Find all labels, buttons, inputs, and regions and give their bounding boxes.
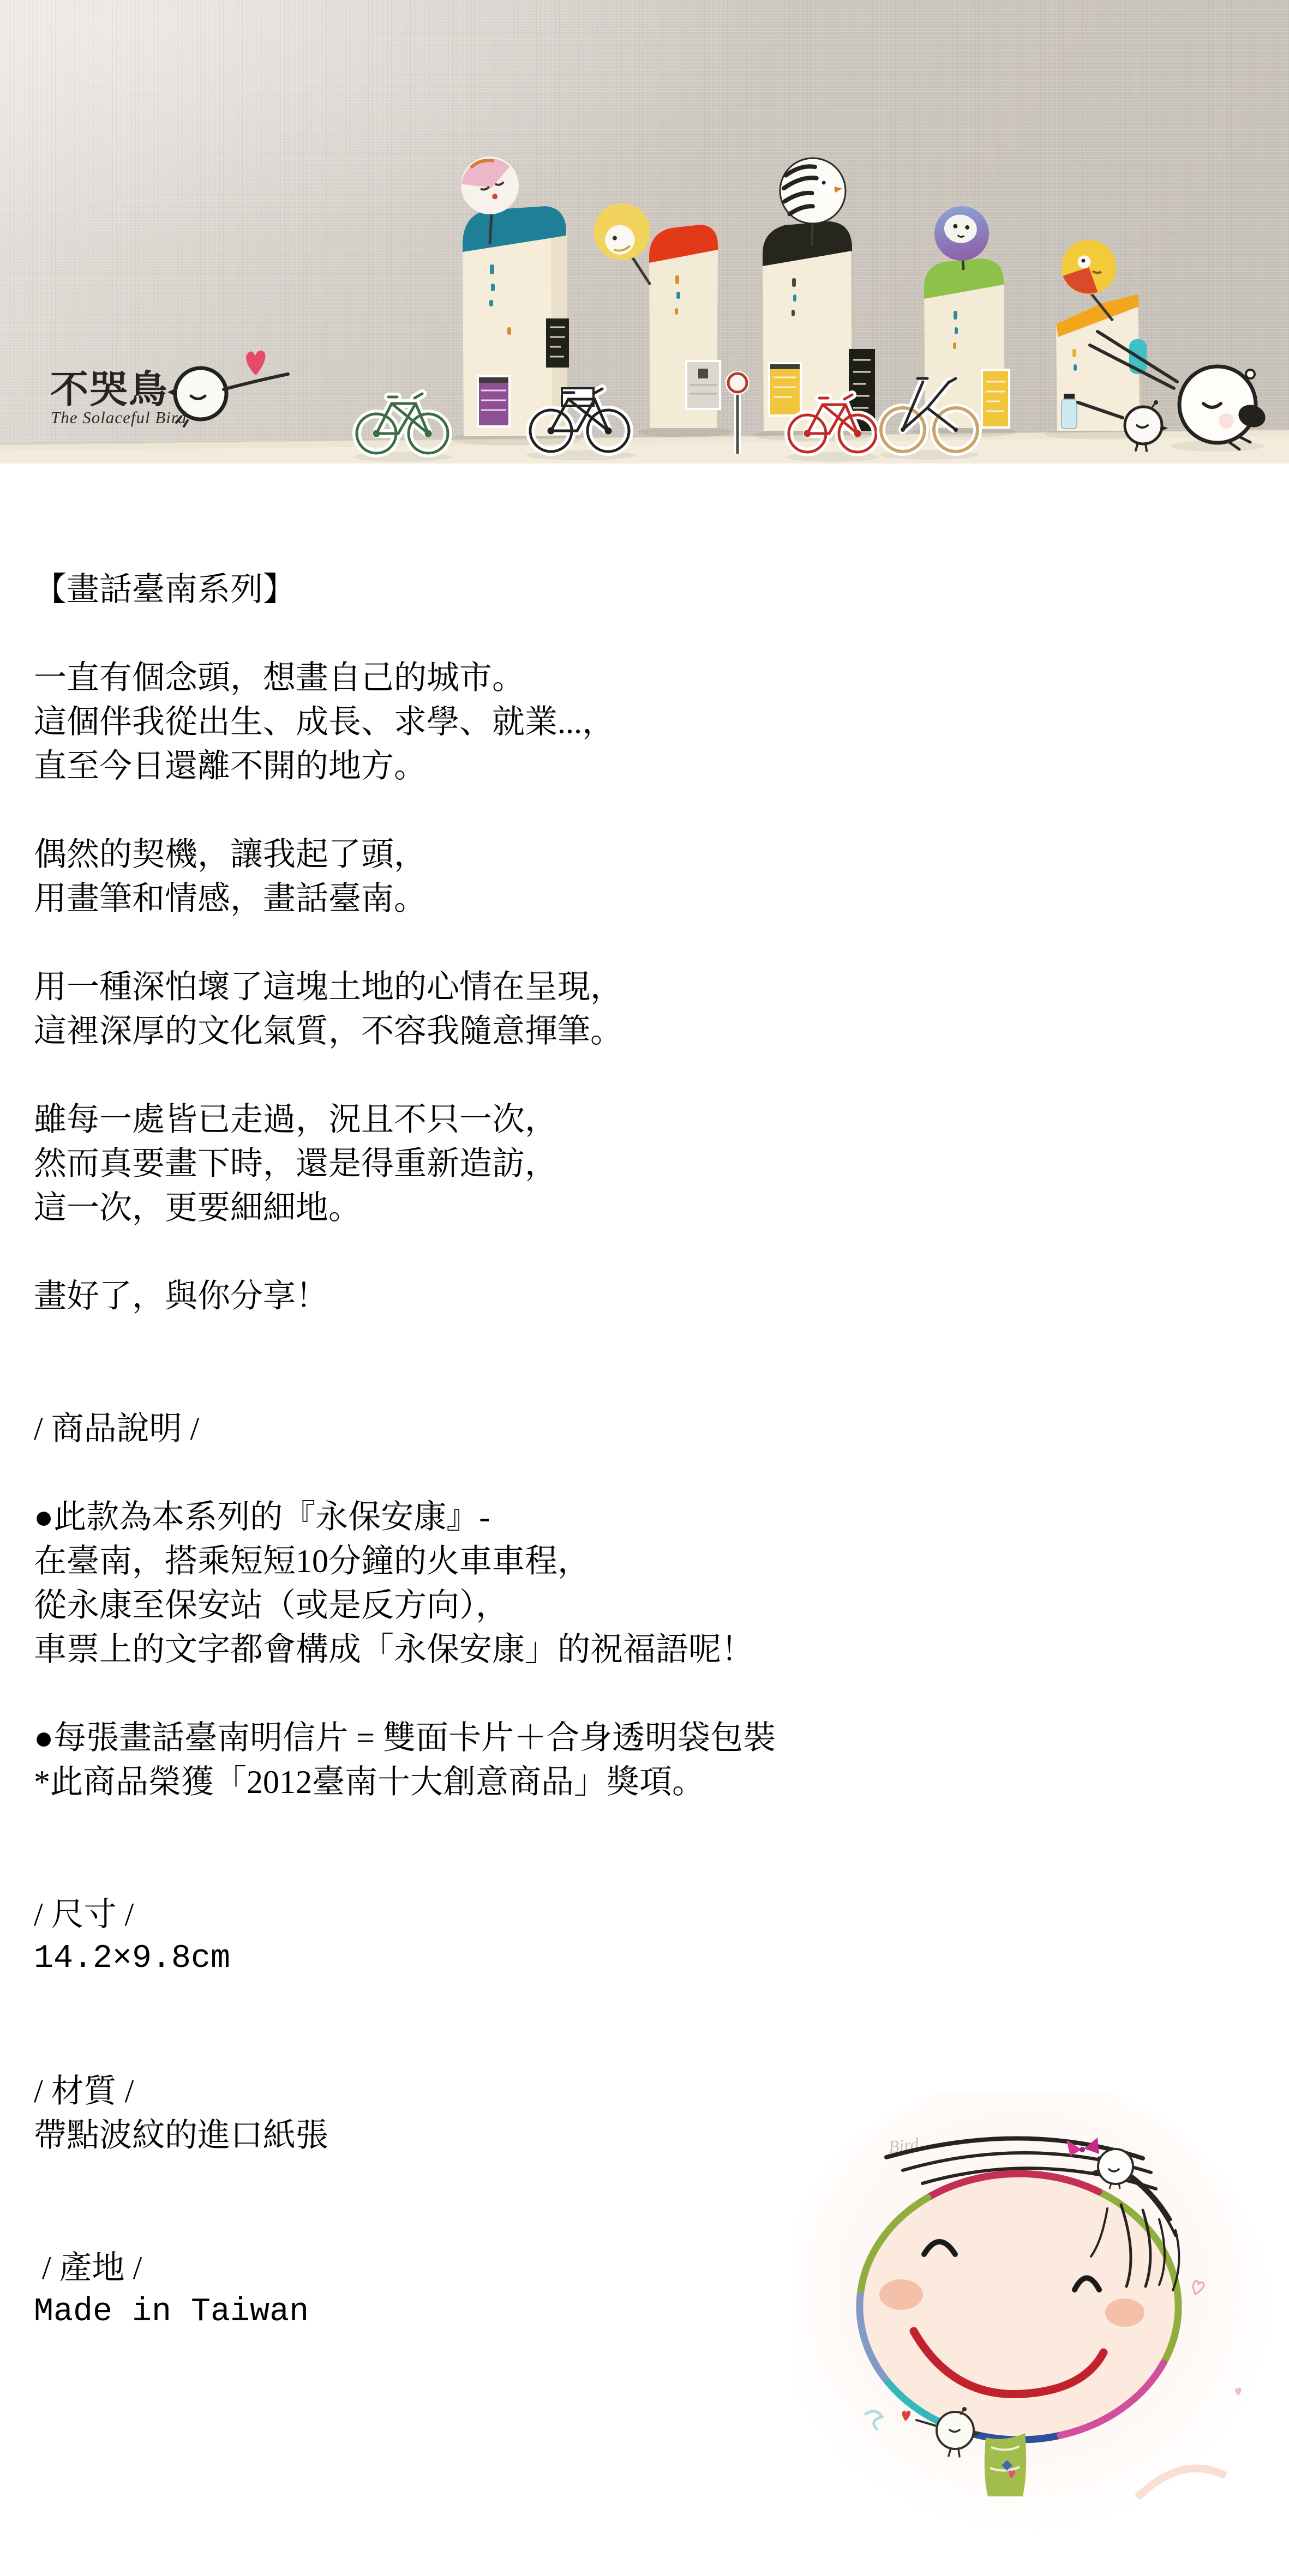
product-story-page: 不哭鳥 The Solaceful Bird <box>0 0 1289 2576</box>
shop-sign <box>546 318 569 368</box>
intro-paragraph-4: 雖每一處皆已走過，況且不只一次， 然而真要畫下時，還是得重新造訪， 這一次，更要… <box>34 1098 1256 1230</box>
purple-kiosk <box>477 375 511 428</box>
description-paragraph-1: ●此款為本系列的『永保安康』- 在臺南，搭乘短短10分鐘的火車車程， 從永康至保… <box>34 1495 1256 1672</box>
wood-block-2 <box>649 225 721 428</box>
intro-paragraph-3: 用一種深怕壞了這塊土地的心情在呈現， 這裡深厚的文化氣質，不容我隨意揮筆。 <box>34 965 1256 1054</box>
face <box>860 2174 1178 2440</box>
girl-face-drawing: Bird <box>794 2093 1289 2576</box>
blush-left <box>879 2279 923 2310</box>
size-value: 14.2×9.8cm <box>34 1937 1256 1981</box>
small-bottle <box>1062 394 1077 429</box>
yellow-tower <box>981 369 1010 429</box>
description-paragraph-2: ●每張畫話臺南明信片 = 雙面卡片＋合身透明袋包裝 *此商品榮獲「2012臺南十… <box>34 1716 1256 1804</box>
blush-right <box>1105 2298 1144 2327</box>
wood-block-1 <box>463 206 569 436</box>
brand-name-en: The Solaceful Bird <box>51 408 187 427</box>
gray-kiosk <box>685 360 721 410</box>
brand-name-cjk: 不哭鳥 <box>50 368 168 411</box>
product-description: 【畫話臺南系列】 一直有個念頭，想畫自己的城市。 這個伴我從出生、成長、求學、就… <box>34 568 1256 2334</box>
intro-paragraph-1: 一直有個念頭，想畫自己的城市。 這個伴我從出生、成長、求學、就業...， 直至今… <box>34 656 1256 789</box>
size-header: / 尺寸 / <box>34 1893 1256 1937</box>
intro-paragraph-2: 偶然的契機，讓我起了頭， 用畫筆和情感，畫話臺南。 <box>34 833 1256 921</box>
yellow-kiosk <box>768 362 802 417</box>
description-header: / 商品說明 / <box>34 1407 1256 1451</box>
intro-share-line: 畫好了，與你分享！ <box>34 1274 1256 1319</box>
series-title: 【畫話臺南系列】 <box>34 568 1256 612</box>
banner-scene: 不哭鳥 The Solaceful Bird <box>0 0 1289 464</box>
banner-photo: 不哭鳥 The Solaceful Bird <box>0 0 1289 464</box>
girl-face-illustration: Bird <box>794 2093 1289 2576</box>
